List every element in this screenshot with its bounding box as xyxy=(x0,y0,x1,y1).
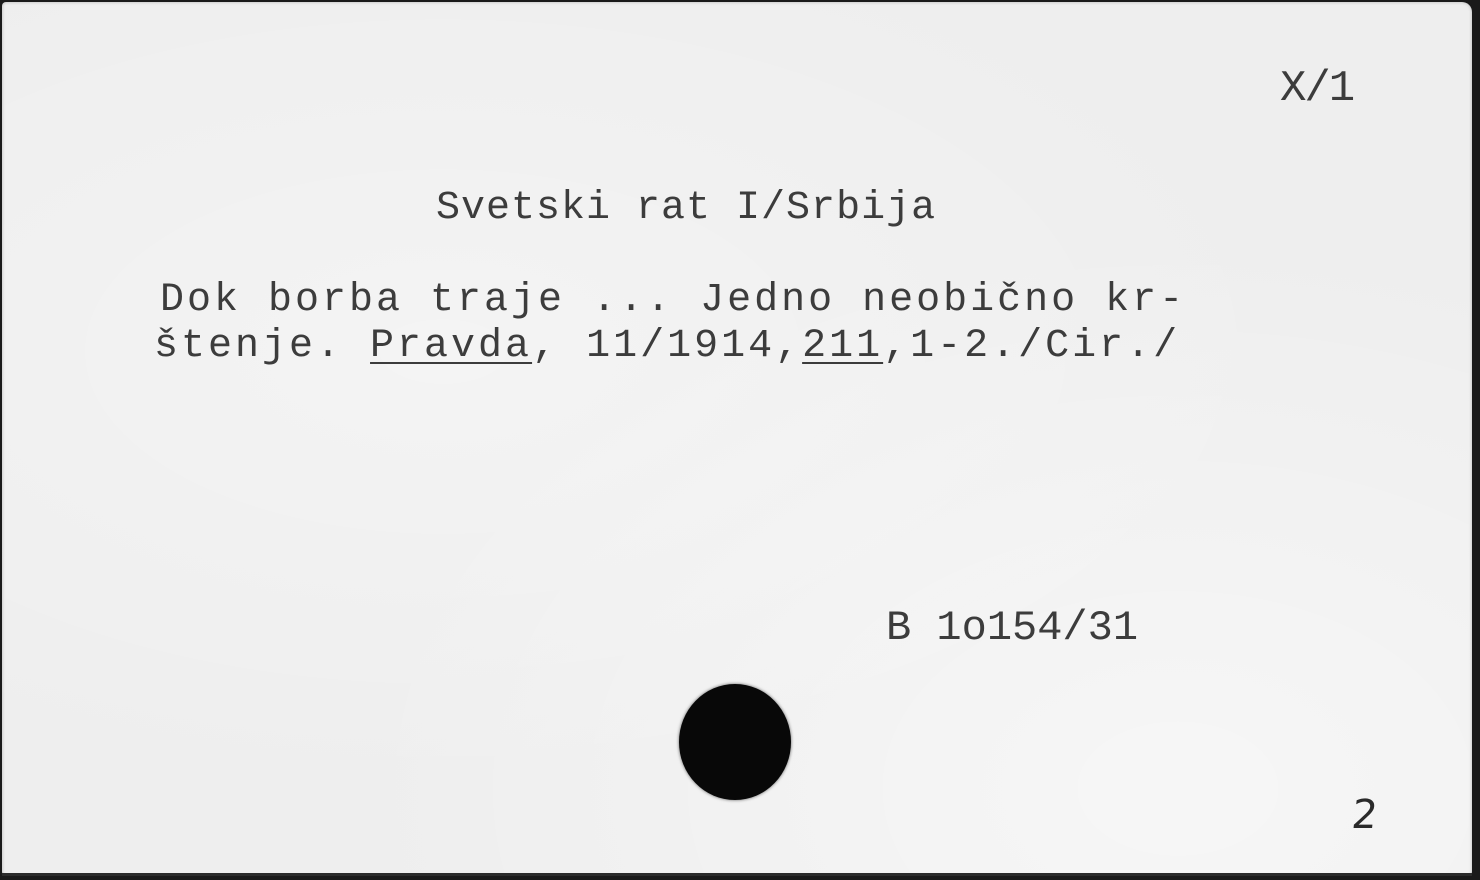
subject-heading: Svetski rat I/Srbija xyxy=(436,186,936,231)
handwritten-card-number: 2 xyxy=(1350,792,1380,838)
entry-title-end: štenje. xyxy=(154,324,370,369)
entry-text-line-1: Dok borba traje ... Jedno neobično kr- xyxy=(160,278,1186,323)
catalog-card: X/1 Svetski rat I/Srbija Dok borba traje… xyxy=(2,2,1472,876)
publication-date: , 11/1914, xyxy=(532,324,802,369)
shelf-mark: B 1o154/31 xyxy=(886,604,1138,652)
issue-number: 211 xyxy=(802,324,883,369)
pages-and-script: ,1-2./Cir./ xyxy=(883,324,1180,369)
card-bottom-edge xyxy=(2,873,1472,876)
call-number: X/1 xyxy=(1280,64,1353,114)
punch-hole xyxy=(679,684,791,800)
publication-title: Pravda xyxy=(370,324,532,369)
entry-text-line-2: štenje. Pravda, 11/1914,211,1-2./Cir./ xyxy=(154,324,1180,369)
